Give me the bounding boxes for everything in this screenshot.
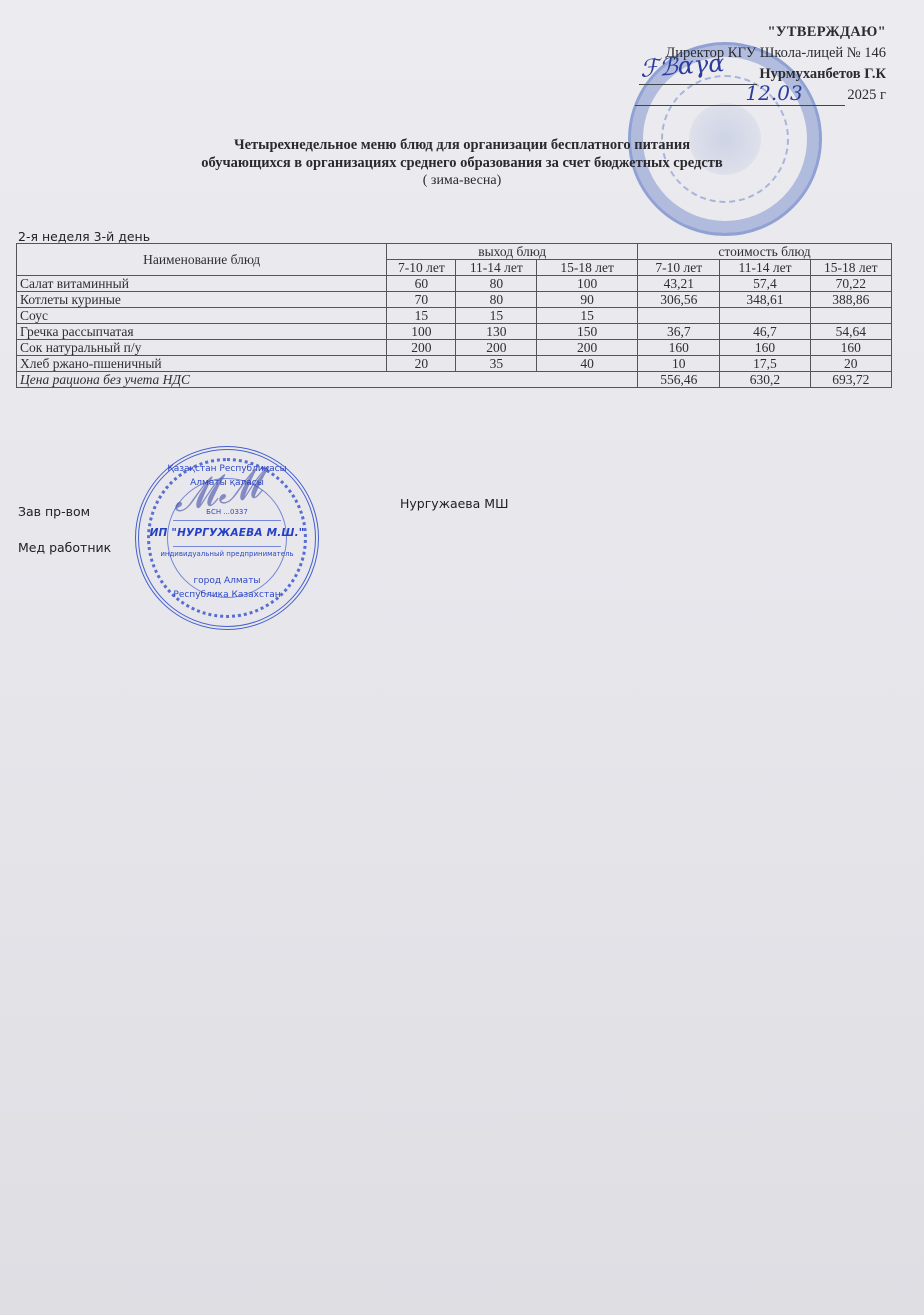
output-age-header: 15-18 лет [537,260,638,276]
output-cell: 15 [387,308,456,324]
output-cell: 15 [537,308,638,324]
total-cost-cell: 556,46 [638,372,720,388]
cost-cell: 57,4 [720,276,810,292]
cost-cell: 43,21 [638,276,720,292]
stamp-divider [173,520,281,521]
title-line-1: Четырехнедельное меню блюд для организац… [0,136,924,154]
output-cell: 150 [537,324,638,340]
table-row: Салат витаминный608010043,2157,470,22 [17,276,892,292]
stamp-subtitle: индивидуальный предприниматель [139,550,315,558]
dish-name-cell: Хлеб ржано-пшеничный [17,356,387,372]
output-cell: 200 [456,340,537,356]
dish-name-cell: Соус [17,308,387,324]
dish-name-header: Наименование блюд [17,244,387,276]
dish-name-cell: Сок натуральный п/у [17,340,387,356]
approval-year: 2025 г [847,87,886,103]
table-row: Гречка рассыпчатая10013015036,746,754,64 [17,324,892,340]
table-row: Соус151515 [17,308,892,324]
menu-table-body: Салат витаминный608010043,2157,470,22Кот… [17,276,892,372]
output-cell: 20 [387,356,456,372]
cost-cell: 36,7 [638,324,720,340]
output-cell: 80 [456,292,537,308]
cost-cell [638,308,720,324]
total-cost-cell: 630,2 [720,372,810,388]
menu-table: Наименование блюд выход блюд стоимость б… [16,243,892,388]
stamp-center-text: ИП "НУРГУЖАЕВА М.Ш." [139,527,315,539]
cost-cell [720,308,810,324]
stamp-bottom-text-2: Республика Казахстан [139,590,315,600]
output-cell: 200 [387,340,456,356]
cost-cell: 20 [810,356,891,372]
document-page: ℱℬαγα "УТВЕРЖДАЮ" Директор КГУ Школа-лиц… [0,0,924,1315]
output-group-header: выход блюд [387,244,638,260]
cost-cell: 306,56 [638,292,720,308]
cost-cell: 160 [638,340,720,356]
handwritten-date: 12.03 [745,83,802,104]
output-cell: 60 [387,276,456,292]
cost-cell: 160 [720,340,810,356]
date-line: 12.03 [635,89,845,106]
output-cell: 70 [387,292,456,308]
week-day-label: 2-я неделя 3-й день [18,229,150,244]
dish-name-cell: Салат витаминный [17,276,387,292]
approver-name: Нурмуханбетов Г.К [759,66,886,82]
production-manager-label: Зав пр-вом [18,504,90,519]
output-age-header: 7-10 лет [387,260,456,276]
output-cell: 40 [537,356,638,372]
director-signature: ℱℬαγα [639,49,725,83]
cost-group-header: стоимость блюд [638,244,892,260]
stamp-bottom-text: город Алматы [139,576,315,586]
output-cell: 200 [537,340,638,356]
table-row: Котлеты куриные708090306,56348,61388,86 [17,292,892,308]
output-cell: 80 [456,276,537,292]
cost-age-header: 15-18 лет [810,260,891,276]
cost-cell: 10 [638,356,720,372]
output-cell: 100 [537,276,638,292]
output-cell: 35 [456,356,537,372]
table-row: Сок натуральный п/у200200200160160160 [17,340,892,356]
stamp-divider [173,546,281,547]
document-title: Четырехнедельное меню блюд для организац… [0,136,924,190]
output-cell: 90 [537,292,638,308]
approval-title: "УТВЕРЖДАЮ" [635,22,886,43]
total-label: Цена рациона без учета НДС [17,372,638,388]
cost-cell: 70,22 [810,276,891,292]
title-line-2: обучающихся в организациях среднего обра… [0,154,924,172]
output-cell: 15 [456,308,537,324]
cost-cell: 348,61 [720,292,810,308]
medical-worker-label: Мед работник [18,540,111,555]
output-cell: 100 [387,324,456,340]
output-age-header: 11-14 лет [456,260,537,276]
cost-cell: 160 [810,340,891,356]
cost-age-header: 7-10 лет [638,260,720,276]
production-manager-name: Нургужаева МШ [400,496,508,511]
cost-cell: 54,64 [810,324,891,340]
dish-name-cell: Гречка рассыпчатая [17,324,387,340]
total-cost-cell: 693,72 [810,372,891,388]
output-cell: 130 [456,324,537,340]
dish-name-cell: Котлеты куриные [17,292,387,308]
cost-age-header: 11-14 лет [720,260,810,276]
table-row: Хлеб ржано-пшеничный2035401017,520 [17,356,892,372]
cost-cell: 17,5 [720,356,810,372]
total-row: Цена рациона без учета НДС 556,46 630,2 … [17,372,892,388]
cost-cell: 46,7 [720,324,810,340]
table-header-row-1: Наименование блюд выход блюд стоимость б… [17,244,892,260]
season-label: ( зима-весна) [0,172,924,190]
cost-cell: 388,86 [810,292,891,308]
cost-cell [810,308,891,324]
